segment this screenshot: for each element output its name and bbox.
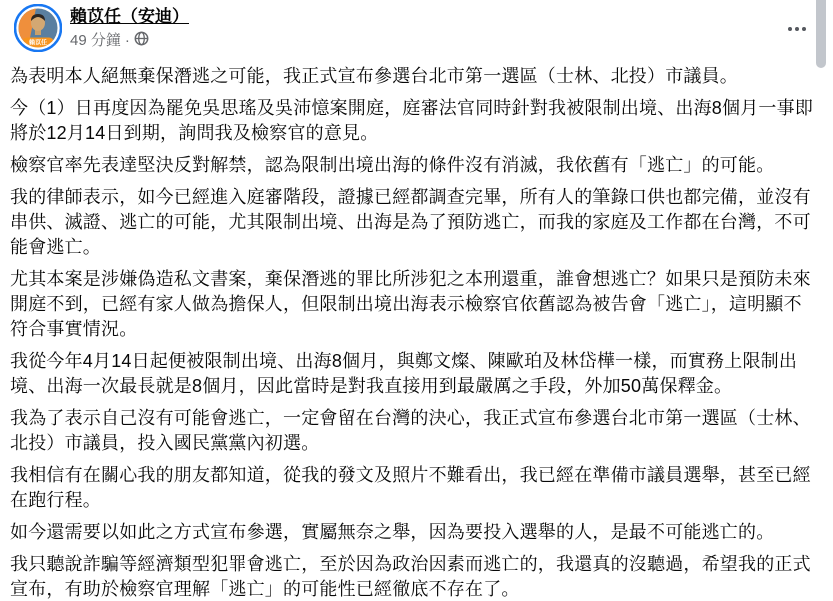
post-paragraph: 為表明本人絕無棄保潛逃之可能，我正式宣布參選台北市第一選區（士林、北投）市議員。 <box>10 64 819 89</box>
post-paragraph: 如今還需要以如此之方式宣布參選，實屬無奈之舉，因為要投入選舉的人，是最不可能逃亡… <box>10 520 819 545</box>
more-options-button[interactable] <box>780 17 814 41</box>
profile-picture-icon: 賴苡任 <box>14 4 62 52</box>
timestamp[interactable]: 49 分鐘 <box>70 31 121 50</box>
ellipsis-icon <box>795 27 799 31</box>
meta-separator: · <box>125 31 130 50</box>
post-paragraph: 我從今年4月14日起便被限制出境、出海8個月，與鄭文燦、陳歐珀及林岱樺一樣，而實… <box>10 349 819 399</box>
post-paragraph: 尤其本案是涉嫌偽造私文書案，棄保潛逃的罪比所涉犯之本刑還重，誰會想逃亡？如果只是… <box>10 267 819 342</box>
avatar-badge-text: 賴苡任 <box>29 39 47 47</box>
post-paragraph: 我相信有在關心我的朋友都知道，從我的發文及照片不難看出，我已經在準備市議員選舉，… <box>10 463 819 513</box>
post-meta: 49 分鐘 · <box>70 30 189 51</box>
post-paragraph: 我的律師表示，如今已經進入庭審階段，證據已經都調查完畢，所有人的筆錄口供也都完備… <box>10 185 819 260</box>
post-body: 為表明本人絕無棄保潛逃之可能，我正式宣布參選台北市第一選區（士林、北投）市議員。… <box>0 58 833 601</box>
post-paragraph: 今（1）日再度因為罷免吳思瑤及吳沛憶案開庭，庭審法官同時針對我被限制出境、出海8… <box>10 96 819 146</box>
post-paragraph: 檢察官率先表達堅決反對解禁，認為限制出境出海的條件沒有消滅，我依舊有「逃亡」的可… <box>10 153 819 178</box>
header-info: 賴苡任（安迪） 49 分鐘 · <box>70 4 189 51</box>
ellipsis-icon <box>788 27 792 31</box>
post-paragraph: 我只聽說詐騙等經濟類型犯罪會逃亡，至於因為政治因素而逃亡的，我還真的沒聽過，希望… <box>10 552 819 601</box>
vertical-scrollbar-thumb[interactable] <box>816 0 826 68</box>
globe-icon <box>134 31 149 51</box>
post-paragraph: 我為了表示自己沒有可能會逃亡，一定會留在台灣的決心，我正式宣布參選台北市第一選區… <box>10 406 819 456</box>
avatar[interactable]: 賴苡任 <box>14 4 62 52</box>
post-header: 賴苡任 賴苡任（安迪） 49 分鐘 · <box>0 0 833 58</box>
ellipsis-icon <box>802 27 806 31</box>
author-name-link[interactable]: 賴苡任（安迪） <box>70 6 189 28</box>
